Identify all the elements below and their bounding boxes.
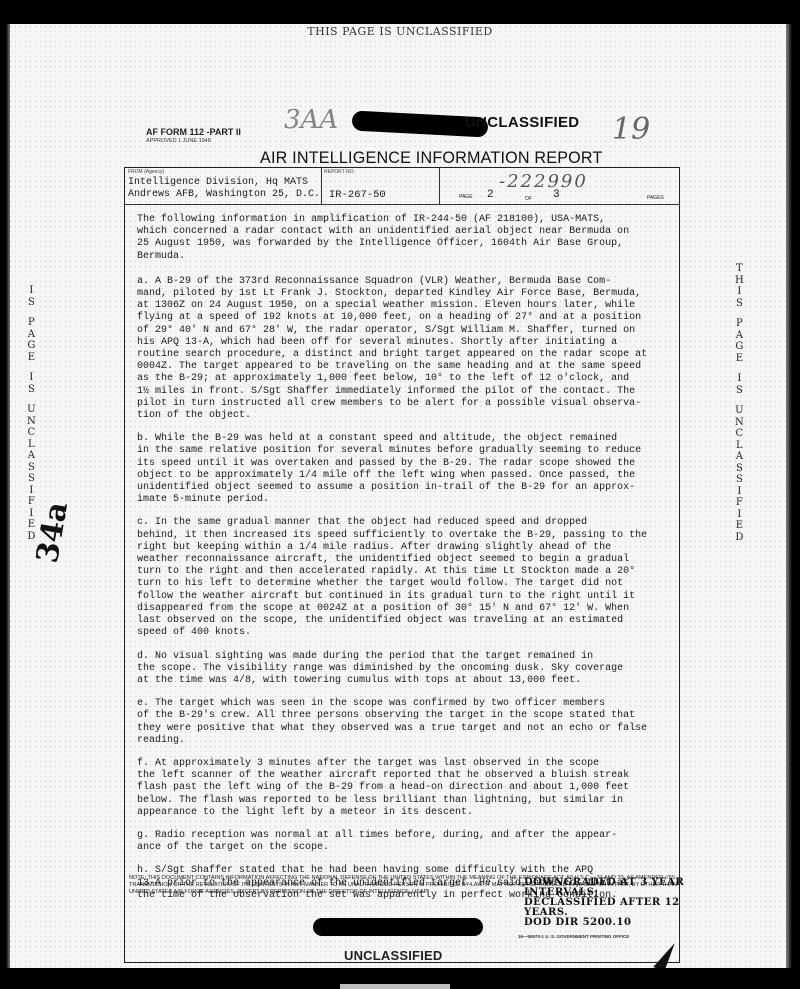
banner-letter: F [28, 496, 35, 508]
report-number-cell: REPORT NO. IR-267-50 [321, 168, 440, 204]
banner-letter: I [737, 486, 741, 498]
banner-letter: L [28, 439, 35, 451]
banner-letter: S [736, 298, 743, 310]
banner-letter: D [735, 532, 743, 544]
banner-letter: S [736, 474, 743, 486]
page-label: PAGE [459, 194, 473, 200]
report-content-box: FROM (Agency) Intelligence Division, Hq … [124, 167, 680, 963]
handwritten-annotation-top: 3AA [284, 105, 338, 135]
scan-top-border [0, 0, 800, 24]
banner-letter: U [27, 404, 35, 416]
banner-letter: S [736, 463, 743, 475]
unclassified-banner-left: ISPAGEISUNCLASSIFIED [27, 285, 36, 542]
handwritten-page-number: 19 [612, 112, 650, 147]
paragraph-a: a. A B-29 of the 373rd Reconnaissance Sq… [137, 276, 669, 422]
from-label: FROM (Agency) [128, 169, 164, 175]
report-body: The following information in amplificati… [137, 214, 669, 913]
classification-stamp-bottom: UNCLASSIFIED [344, 948, 442, 963]
banner-letter: S [28, 297, 35, 309]
banner-letter: U [735, 405, 743, 417]
unclassified-banner-right: THISPAGEISUNCLASSIFIED [735, 263, 744, 543]
banner-letter: S [28, 473, 35, 485]
banner-letter: S [28, 462, 35, 474]
banner-letter: A [28, 329, 35, 341]
page-count-cell: -222990 PAGE 2 OF 3 PAGES [439, 168, 679, 204]
paragraph-d: d. No visual sighting was made during th… [137, 651, 669, 688]
banner-letter: I [737, 509, 741, 521]
unclassified-banner-top: THIS PAGE IS UNCLASSIFIED [0, 25, 800, 38]
form-number: AF FORM 112 -PART II [146, 127, 241, 137]
paragraph-c: c. In the same gradual manner that the o… [137, 517, 669, 639]
form-approval-date: APPROVED 1 JUNE 1948 [146, 138, 211, 144]
paragraph-g: g. Radio reception was normal at all tim… [137, 830, 669, 854]
banner-letter: I [737, 373, 741, 385]
intro-paragraph: The following information in amplificati… [137, 214, 669, 263]
declass-line-1: DOWNGRADED AT 3 YEAR INTERVALS; [524, 878, 692, 898]
report-header-row: FROM (Agency) Intelligence Division, Hq … [125, 168, 679, 205]
banner-letter: P [28, 317, 35, 329]
banner-letter: I [29, 372, 33, 384]
report-title: AIR INTELLIGENCE INFORMATION REPORT [260, 148, 603, 168]
banner-letter: G [735, 341, 743, 353]
banner-letter: F [736, 497, 743, 509]
paragraph-f: f. At approximately 3 minutes after the … [137, 758, 669, 819]
scan-left-edge [0, 24, 10, 968]
banner-letter: E [28, 352, 35, 364]
total-pages: 3 [553, 189, 560, 201]
air-intelligence-report-form: 3AA AF FORM 112 -PART II APPROVED 1 JUNE… [112, 100, 692, 960]
report-no-label: REPORT NO. [324, 169, 355, 175]
declass-line-2: DECLASSIFIED AFTER 12 YEARS. [524, 898, 692, 918]
printing-office-imprint: 16—55570-1 U. S. GOVERNMENT PRINTING OFF… [518, 934, 629, 939]
banner-letter: I [29, 508, 33, 520]
scan-right-edge [786, 24, 800, 968]
banner-letter: E [736, 520, 743, 532]
from-agency: Intelligence Division, Hq MATS Andrews A… [128, 177, 320, 201]
banner-letter: L [736, 440, 743, 452]
banner-letter: E [736, 353, 743, 365]
banner-letter: N [27, 416, 36, 428]
handwritten-document-number: -222990 [499, 171, 588, 192]
banner-letter: T [736, 263, 743, 275]
banner-letter: C [736, 428, 744, 440]
report-number: IR-267-50 [329, 189, 386, 201]
classification-stamp-top: UNCLASSIFIED [465, 114, 579, 131]
banner-letter: A [736, 330, 743, 342]
from-line-2: Andrews AFB, Washington 25, D.C. [128, 189, 320, 201]
of-label: OF [525, 196, 532, 202]
pages-label: PAGES [647, 195, 664, 201]
paragraph-e: e. The target which was seen in the scop… [137, 698, 669, 747]
banner-letter: I [29, 285, 33, 297]
declass-line-3: DOD DIR 5200.10 [524, 918, 692, 928]
banner-letter: C [28, 427, 36, 439]
banner-letter: P [736, 318, 743, 330]
banner-letter: G [27, 340, 35, 352]
paragraph-b: b. While the B-29 was held at a constant… [137, 433, 669, 506]
declassification-stamp: DOWNGRADED AT 3 YEAR INTERVALS; DECLASSI… [524, 878, 692, 928]
scan-bottom-tab [340, 984, 450, 989]
banner-letter: S [28, 384, 35, 396]
banner-letter: A [736, 451, 743, 463]
banner-letter: N [735, 417, 744, 429]
redaction-mark-bottom [313, 918, 483, 936]
page-number: 2 [487, 189, 494, 201]
banner-letter: S [736, 385, 743, 397]
banner-letter: H [735, 275, 744, 287]
from-line-1: Intelligence Division, Hq MATS [128, 177, 320, 189]
banner-letter: I [737, 286, 741, 298]
banner-letter: I [29, 485, 33, 497]
banner-letter: A [28, 450, 35, 462]
from-agency-cell: FROM (Agency) Intelligence Division, Hq … [125, 168, 322, 204]
banner-letter: E [28, 519, 35, 531]
